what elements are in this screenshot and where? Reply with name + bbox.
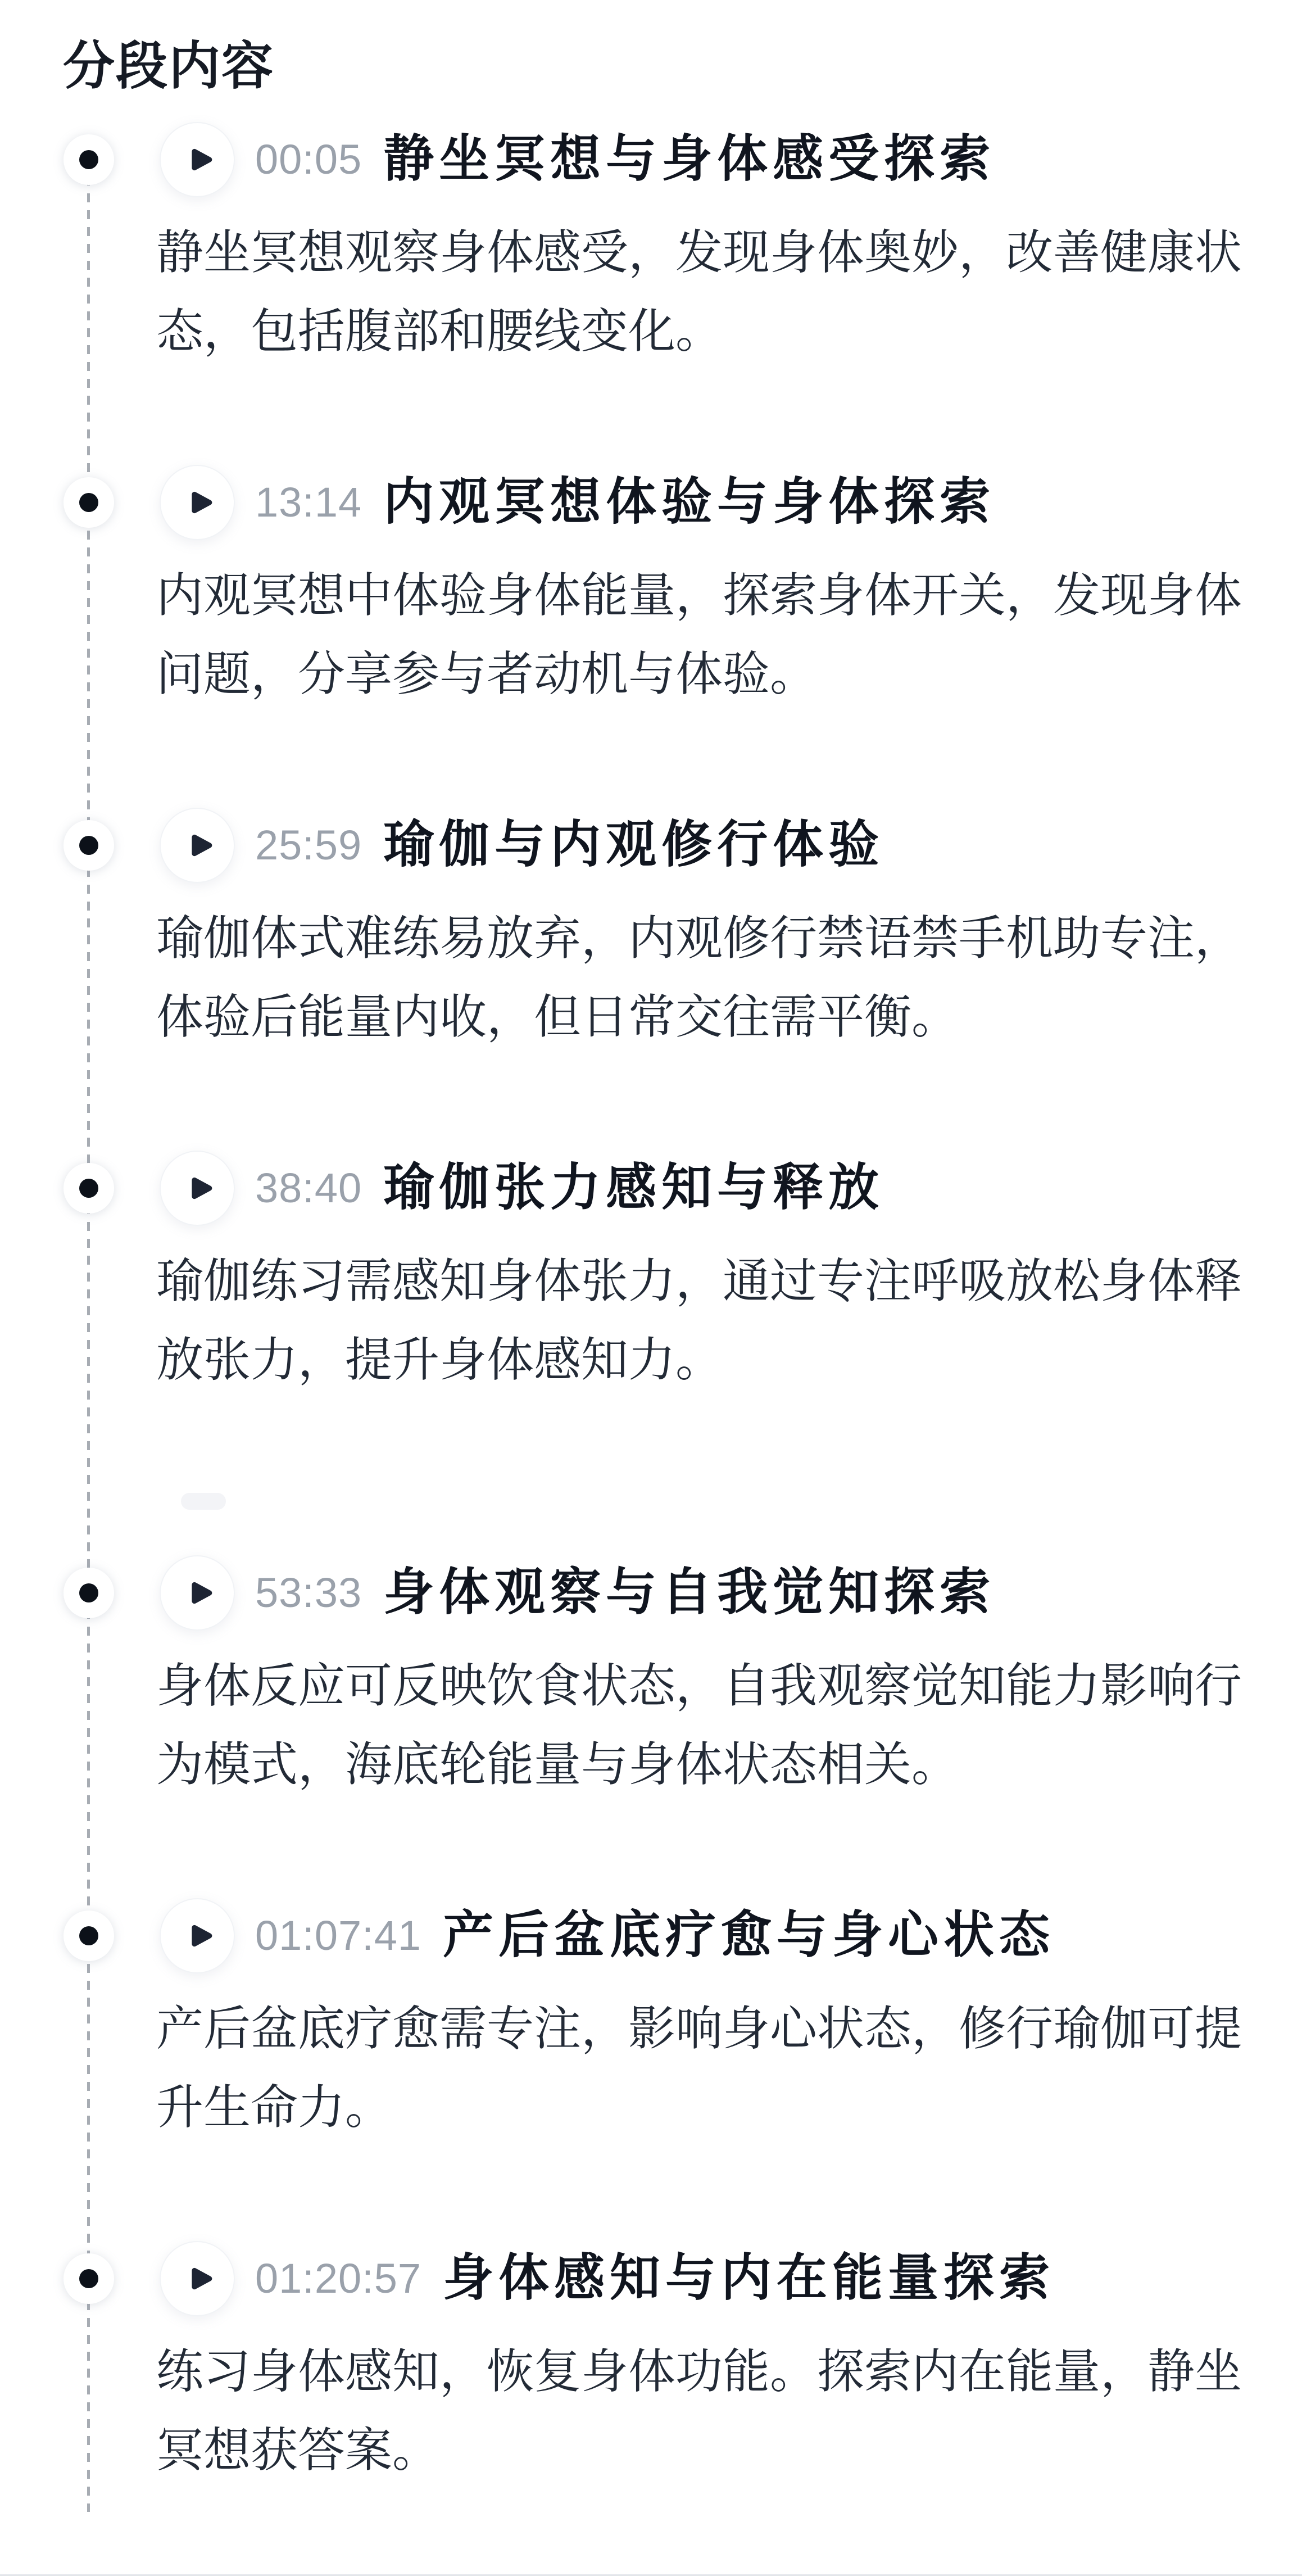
segment-description: 产后盆底疗愈需专注，影响身心状态，修行瑜伽可提升生命力。 <box>156 1989 1252 2147</box>
segmented-content-panel: 分段内容 00:05 静坐冥想与身体感受探索 静坐冥想观察身体感受，发现身体奥妙… <box>0 0 1302 2576</box>
timeline-dot-icon <box>63 820 114 871</box>
play-icon <box>185 1173 215 1203</box>
segment-row-4: 38:40 瑜伽张力感知与释放 瑜伽练习需感知身体张力，通过专注呼吸放松身体释放… <box>0 1149 1302 1399</box>
segment-description: 练习身体感知，恢复身体功能。探索内在能量，静坐冥想获答案。 <box>156 2332 1252 2489</box>
segment-timestamp[interactable]: 01:20:57 <box>255 2258 421 2299</box>
segment-row-6: 01:07:41 产后盆底疗愈与身心状态 产后盆底疗愈需专注，影响身心状态，修行… <box>0 1896 1302 2147</box>
play-icon <box>185 144 215 175</box>
segment-title[interactable]: 身体感知与内在能量探索 <box>443 2249 1055 2308</box>
segment-timestamp[interactable]: 25:59 <box>255 825 362 866</box>
segment-timestamp[interactable]: 53:33 <box>255 1572 362 1614</box>
segment-timestamp[interactable]: 13:14 <box>255 482 362 523</box>
timeline-dot-icon <box>63 1163 114 1214</box>
play-icon <box>185 1578 215 1608</box>
segment-title[interactable]: 瑜伽张力感知与释放 <box>383 1159 884 1217</box>
segment-description: 身体反应可反映饮食状态，自我观察觉知能力影响行为模式，海底轮能量与身体状态相关。 <box>156 1646 1252 1804</box>
segment-header[interactable]: 13:14 内观冥想体验与身体探索 <box>156 463 1302 542</box>
segment-row-2: 13:14 内观冥想体验与身体探索 内观冥想中体验身体能量，探索身体开关，发现身… <box>0 463 1302 713</box>
play-button[interactable] <box>160 122 235 197</box>
segment-header[interactable]: 01:07:41 产后盆底疗愈与身心状态 <box>156 1896 1302 1975</box>
page-title: 分段内容 <box>0 0 1302 96</box>
segment-row-7: 01:20:57 身体感知与内在能量探索 练习身体感知，恢复身体功能。探索内在能… <box>0 2239 1302 2489</box>
play-icon <box>185 830 215 861</box>
segment-header[interactable]: 53:33 身体观察与自我觉知探索 <box>156 1554 1302 1632</box>
segment-title[interactable]: 内观冥想体验与身体探索 <box>383 473 995 532</box>
play-button[interactable] <box>160 1555 235 1631</box>
play-button[interactable] <box>160 1151 235 1226</box>
timeline-dot-icon <box>63 1568 114 1618</box>
play-icon <box>185 487 215 518</box>
segment-timestamp[interactable]: 01:07:41 <box>255 1915 421 1957</box>
segment-description: 内观冥想中体验身体能量，探索身体开关，发现身体问题，分享参与者动机与体验。 <box>156 556 1252 713</box>
segment-header[interactable]: 00:05 静坐冥想与身体感受探索 <box>156 120 1302 199</box>
segments-timeline: 00:05 静坐冥想与身体感受探索 静坐冥想观察身体感受，发现身体奥妙，改善健康… <box>0 120 1302 2489</box>
timeline-dot-icon <box>63 477 114 528</box>
play-icon <box>185 2263 215 2294</box>
play-button[interactable] <box>160 465 235 540</box>
play-icon <box>185 1921 215 1951</box>
segment-header[interactable]: 01:20:57 身体感知与内在能量探索 <box>156 2239 1302 2318</box>
loading-ghost <box>181 1493 226 1510</box>
segment-row-3: 25:59 瑜伽与内观修行体验 瑜伽体式难练易放弃，内观修行禁语禁手机助专注，体… <box>0 806 1302 1056</box>
segment-timestamp[interactable]: 00:05 <box>255 139 362 180</box>
segment-header[interactable]: 38:40 瑜伽张力感知与释放 <box>156 1149 1302 1228</box>
play-button[interactable] <box>160 2241 235 2316</box>
segment-timestamp[interactable]: 38:40 <box>255 1167 362 1209</box>
segment-title[interactable]: 产后盆底疗愈与身心状态 <box>443 1907 1055 1965</box>
segment-row-1: 00:05 静坐冥想与身体感受探索 静坐冥想观察身体感受，发现身体奥妙，改善健康… <box>0 120 1302 370</box>
segment-title[interactable]: 瑜伽与内观修行体验 <box>383 816 884 875</box>
play-button[interactable] <box>160 808 235 883</box>
timeline-dot-icon <box>63 2253 114 2304</box>
segment-description: 瑜伽体式难练易放弃，内观修行禁语禁手机助专注，体验后能量内收，但日常交往需平衡。 <box>156 899 1252 1056</box>
timeline-dot-icon <box>63 134 114 185</box>
segment-description: 静坐冥想观察身体感受，发现身体奥妙，改善健康状态，包括腹部和腰线变化。 <box>156 213 1252 370</box>
segment-title[interactable]: 身体观察与自我觉知探索 <box>383 1564 995 1622</box>
segment-title[interactable]: 静坐冥想与身体感受探索 <box>383 130 995 189</box>
timeline-dot-icon <box>63 1911 114 1961</box>
segment-row-5: 53:33 身体观察与自我觉知探索 身体反应可反映饮食状态，自我观察觉知能力影响… <box>0 1554 1302 1804</box>
segment-header[interactable]: 25:59 瑜伽与内观修行体验 <box>156 806 1302 885</box>
play-button[interactable] <box>160 1898 235 1973</box>
segment-description: 瑜伽练习需感知身体张力，通过专注呼吸放松身体释放张力，提升身体感知力。 <box>156 1242 1252 1399</box>
timeline-gap <box>0 1492 1302 1554</box>
